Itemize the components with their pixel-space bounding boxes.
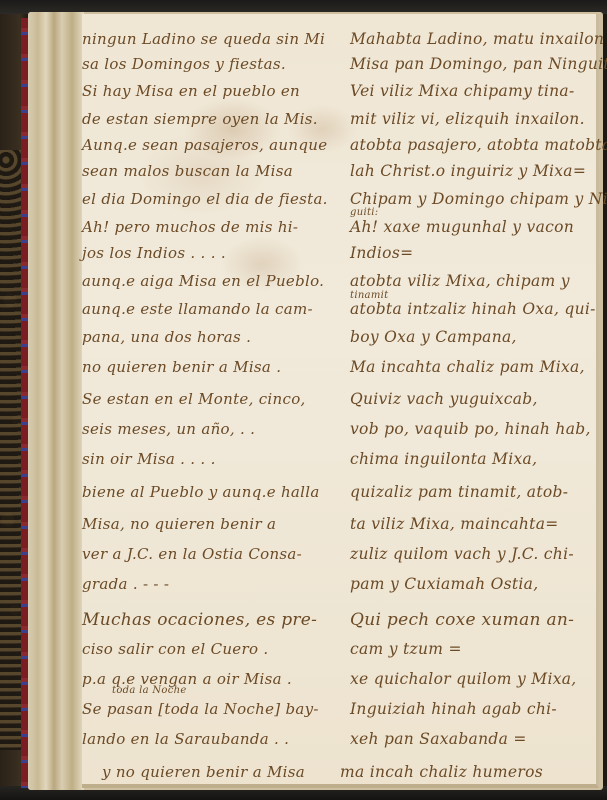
left-line-16: sin oir Misa . . . .: [82, 450, 216, 468]
right-line-11: atobta intzaliz hinah Oxa, qui-: [350, 300, 596, 318]
right-line-7: Chipam y Domingo chipam y Nin-: [350, 190, 607, 208]
right-line-20: pam y Cuxiamah Ostia,: [350, 575, 538, 593]
left-line-20: grada . - - -: [82, 575, 169, 593]
left-line-8: Ah! pero muchos de mis hi-: [82, 218, 298, 236]
left-line-13: no quieren benir a Misa .: [82, 358, 281, 376]
right-line-16: chima inguilonta Mixa,: [350, 450, 537, 468]
left-line-19: ver a J.C. en la Ostia Consa-: [82, 545, 302, 563]
right-line-18: ta viliz Mixa, maincahta=: [350, 515, 559, 533]
right-line-9: Indios=: [350, 244, 413, 262]
left-line-12: pana, una dos horas .: [82, 328, 251, 346]
manuscript-page: ningun Ladino se queda sin Mi sa los Dom…: [82, 14, 599, 788]
interlinear-note-1: guiti:: [350, 207, 378, 218]
left-line-14: Se estan en el Monte, cinco,: [82, 390, 306, 408]
left-line-3: Si hay Misa en el pueblo en: [82, 82, 300, 100]
right-line-5: atobta pasajero, atobta matobta: [350, 136, 607, 154]
left-line-9: jos los Indios . . . .: [82, 244, 226, 262]
left-line-11: aunq.e este llamando la cam-: [82, 300, 313, 318]
right-line-22: cam y tzum =: [350, 640, 462, 658]
left-line-24: Se pasan [toda la Noche] bay-: [82, 700, 319, 718]
left-line-6: sean malos buscan la Misa: [82, 162, 293, 180]
right-line-2: Misa pan Domingo, pan Ninguit: [350, 55, 607, 73]
left-line-18: Misa, no quieren benir a: [82, 515, 276, 533]
left-line-2: sa los Domingos y fiestas.: [82, 55, 286, 73]
right-line-21: Qui pech coxe xuman an-: [350, 610, 574, 630]
left-line-17: biene al Pueblo y aunq.e halla: [82, 483, 320, 501]
interlinear-insertion: toda la Noche: [112, 685, 187, 696]
right-line-15: vob po, vaquib po, hinah hab,: [350, 420, 591, 438]
page-gutter: [28, 12, 84, 790]
right-line-26: ma incah chaliz humeros: [340, 763, 543, 781]
right-line-8: Ah! xaxe mugunhal y vacon: [350, 218, 574, 236]
right-line-4: mit viliz vi, elizquih inxailon.: [350, 110, 585, 128]
left-line-15: seis meses, un año, . .: [82, 420, 255, 438]
left-line-5: Aunq.e sean pasajeros, aunque: [82, 136, 327, 154]
left-line-21: Muchas ocaciones, es pre-: [82, 610, 317, 630]
left-line-7: el dia Domingo el dia de fiesta.: [82, 190, 328, 208]
right-line-23: xe quichalor quilom y Mixa,: [350, 670, 577, 688]
left-line-25: lando en la Saraubanda . .: [82, 730, 289, 748]
left-line-26: y no quieren benir a Misa: [102, 763, 305, 781]
right-line-12: boy Oxa y Campana,: [350, 328, 517, 346]
right-line-14: Quiviz vach yuguixcab,: [350, 390, 538, 408]
right-line-13: Ma incahta chaliz pam Mixa,: [350, 358, 585, 376]
right-line-10: atobta viliz Mixa, chipam y: [350, 272, 570, 290]
left-line-4: de estan siempre oyen la Mis.: [82, 110, 318, 128]
right-line-1: Mahabta Ladino, matu inxailon: [350, 30, 604, 48]
right-line-6: lah Christ.o inguiriz y Mixa=: [350, 162, 586, 180]
right-line-25: xeh pan Saxabanda =: [350, 730, 527, 748]
left-line-22: ciso salir con el Cuero .: [82, 640, 268, 658]
right-line-24: Inguiziah hinah agab chi-: [350, 700, 557, 718]
right-line-3: Vei viliz Mixa chipamy tina-: [350, 82, 575, 100]
left-line-10: aunq.e aiga Misa en el Pueblo.: [82, 272, 324, 290]
marbled-edge: [0, 150, 22, 750]
left-line-1: ningun Ladino se queda sin Mi: [82, 30, 325, 48]
right-line-17: quizaliz pam tinamit, atob-: [350, 483, 568, 501]
right-line-19: zuliz quilom vach y J.C. chi-: [350, 545, 574, 563]
